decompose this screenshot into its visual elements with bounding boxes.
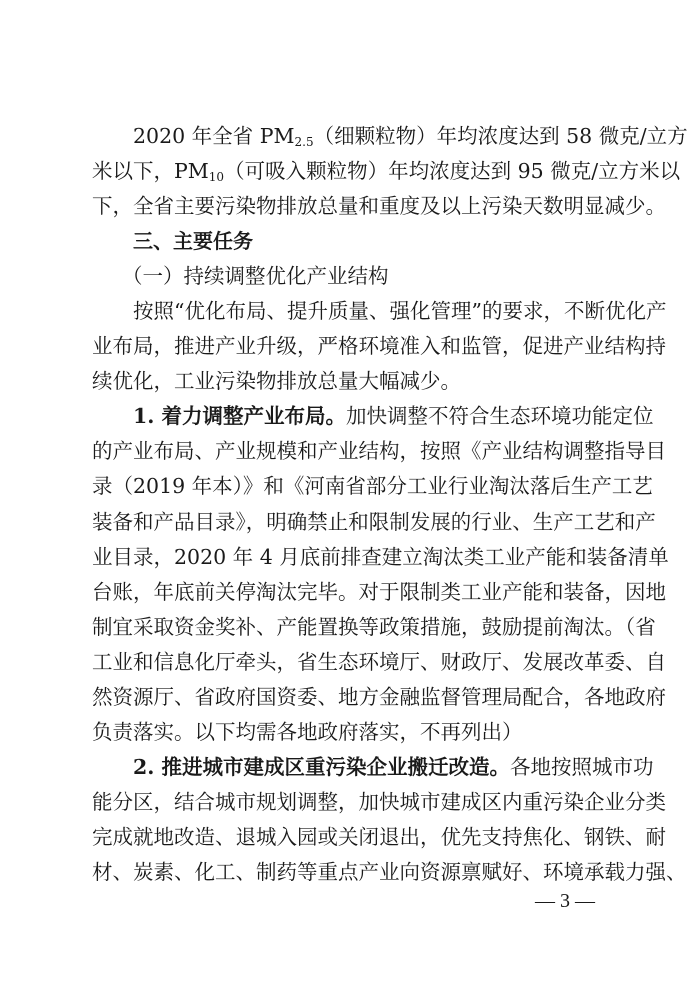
text-segment: 然资源厅、省政府国资委、地方金融监督管理局配合，各地政府 — [92, 685, 666, 709]
text-line: 台账，年底前关停淘汰完毕。对于限制类工业产能和装备，因地 — [92, 575, 608, 610]
subsection-heading: （一）持续调整优化产业结构 — [92, 259, 608, 294]
text-segment: （可吸入颗粒物）年均浓度达到 95 微克/立方米以 — [224, 159, 680, 183]
text-segment: 米以下，PM — [92, 159, 209, 183]
text-segment: 业目录，2020 年 4 月底前排查建立淘汰类工业产能和装备清单 — [92, 545, 669, 569]
text-line: 业布局，推进产业升级，严格环境准入和监管，促进产业结构持 — [92, 329, 608, 364]
text-segment: 制宜采取资金奖补、产能置换等政策措施，鼓励提前淘汰。（省 — [92, 615, 656, 639]
text-segment: （一）持续调整优化产业结构 — [122, 264, 389, 288]
text-line: 米以下，PM10（可吸入颗粒物）年均浓度达到 95 微克/立方米以 — [92, 154, 608, 189]
text-line: 1. 着力调整产业布局。加快调整不符合生态环境功能定位 — [92, 399, 608, 434]
text-line: 装备和产品目录》，明确禁止和限制发展的行业、生产工艺和产 — [92, 505, 608, 540]
text-segment: 材、炭素、化工、制药等重点产业向资源禀赋好、环境承载力强、 — [92, 860, 687, 884]
bold-lead-in: 1. 着力调整产业布局。 — [133, 404, 346, 428]
document-body: 2020 年全省 PM2.5（细颗粒物）年均浓度达到 58 微克/立方米以下，P… — [92, 119, 608, 890]
section-heading: 三、主要任务 — [92, 224, 608, 259]
text-line: 下，全省主要污染物排放总量和重度及以上污染天数明显减少。 — [92, 189, 608, 224]
text-segment: 按照“优化布局、提升质量、强化管理”的要求，不断优化产 — [133, 299, 666, 323]
text-line: 完成就地改造、退城入园或关闭退出，优先支持焦化、钢铁、耐 — [92, 820, 608, 855]
text-segment: 三、主要任务 — [133, 229, 253, 253]
text-segment: 录（2019 年本）》和《河南省部分工业行业淘汰落后生产工艺 — [92, 474, 653, 498]
text-line: 能分区，结合城市规划调整，加快城市建成区内重污染企业分类 — [92, 785, 608, 820]
bold-lead-in: 2. 推进城市建成区重污染企业搬迁改造。 — [133, 755, 510, 779]
text-line: 的产业布局、产业规模和产业结构，按照《产业结构调整指导目 — [92, 434, 608, 469]
text-line: 按照“优化布局、提升质量、强化管理”的要求，不断优化产 — [92, 294, 608, 329]
subscript: 2.5 — [295, 135, 314, 149]
text-line: 2. 推进城市建成区重污染企业搬迁改造。各地按照城市功 — [92, 750, 608, 785]
text-line: 续优化，工业污染物排放总量大幅减少。 — [92, 364, 608, 399]
text-line: 工业和信息化厅牵头，省生态环境厅、财政厅、发展改革委、自 — [92, 645, 608, 680]
text-segment: 装备和产品目录》，明确禁止和限制发展的行业、生产工艺和产 — [92, 510, 656, 534]
text-line: 然资源厅、省政府国资委、地方金融监督管理局配合，各地政府 — [92, 680, 608, 715]
text-segment: 台账，年底前关停淘汰完毕。对于限制类工业产能和装备，因地 — [92, 580, 666, 604]
text-segment: 的产业布局、产业规模和产业结构，按照《产业结构调整指导目 — [92, 439, 666, 463]
text-segment: 加快调整不符合生态环境功能定位 — [346, 404, 654, 428]
subscript: 10 — [209, 170, 224, 184]
page-number: — 3 — — [535, 890, 595, 913]
text-segment: 负责落实。以下均需各地政府落实，不再列出） — [92, 720, 523, 744]
text-line: 材、炭素、化工、制药等重点产业向资源禀赋好、环境承载力强、 — [92, 855, 608, 890]
text-segment: 续优化，工业污染物排放总量大幅减少。 — [92, 369, 461, 393]
text-line: 负责落实。以下均需各地政府落实，不再列出） — [92, 715, 608, 750]
text-segment: 完成就地改造、退城入园或关闭退出，优先支持焦化、钢铁、耐 — [92, 825, 666, 849]
text-segment: 2020 年全省 PM — [133, 124, 295, 148]
document-page: 2020 年全省 PM2.5（细颗粒物）年均浓度达到 58 微克/立方米以下，P… — [0, 0, 700, 989]
text-line: 2020 年全省 PM2.5（细颗粒物）年均浓度达到 58 微克/立方 — [92, 119, 608, 154]
text-line: 业目录，2020 年 4 月底前排查建立淘汰类工业产能和装备清单 — [92, 540, 608, 575]
text-line: 制宜采取资金奖补、产能置换等政策措施，鼓励提前淘汰。（省 — [92, 610, 608, 645]
text-line: 录（2019 年本）》和《河南省部分工业行业淘汰落后生产工艺 — [92, 469, 608, 504]
text-segment: （细颗粒物）年均浓度达到 58 微克/立方 — [314, 124, 688, 148]
text-segment: 各地按照城市功 — [510, 755, 654, 779]
text-segment: 下，全省主要污染物排放总量和重度及以上污染天数明显减少。 — [92, 194, 666, 218]
text-segment: 能分区，结合城市规划调整，加快城市建成区内重污染企业分类 — [92, 790, 666, 814]
text-segment: 业布局，推进产业升级，严格环境准入和监管，促进产业结构持 — [92, 334, 666, 358]
text-segment: 工业和信息化厅牵头，省生态环境厅、财政厅、发展改革委、自 — [92, 650, 666, 674]
